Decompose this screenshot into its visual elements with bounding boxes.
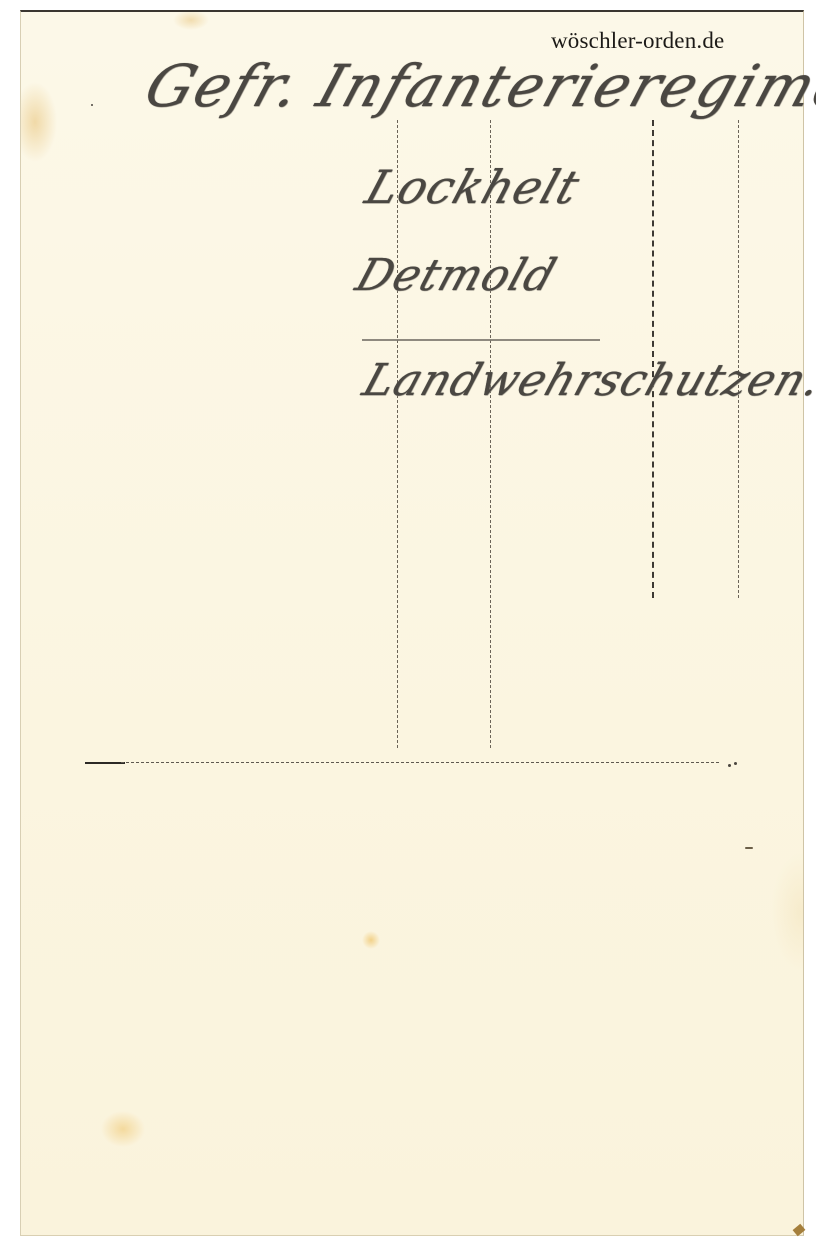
address-divider-line-1	[397, 120, 398, 748]
ink-speck	[91, 104, 93, 106]
horizontal-rule	[121, 762, 719, 763]
ink-mark	[728, 764, 731, 767]
ink-speck	[745, 847, 753, 849]
handwritten-rank-regiment: Gefr. Infanterieregiment	[137, 52, 816, 120]
handwritten-unit: Landwehrschutzen.	[357, 355, 816, 406]
address-divider-line-2	[490, 120, 491, 748]
corner-wear	[793, 1224, 806, 1237]
handwritten-place: Detmold	[350, 250, 563, 301]
handwritten-name: Lockhelt	[359, 160, 586, 214]
horizontal-rule-start	[85, 762, 125, 764]
ink-mark	[734, 762, 737, 765]
handwritten-underline	[362, 339, 600, 341]
watermark-text: wöschler-orden.de	[551, 28, 724, 54]
